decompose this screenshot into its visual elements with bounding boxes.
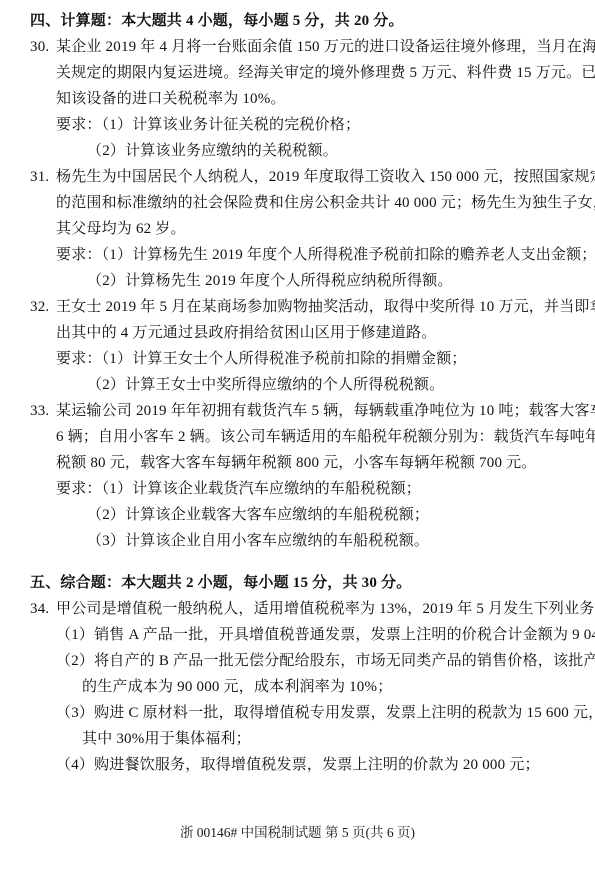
question-text: 某运输公司 2019 年年初拥有载货汽车 5 辆，每辆载重净吨位为 10 吨；载… [56, 403, 595, 419]
requirement-line: （2）计算杨先生 2019 年度个人所得税应纳税所得额。 [30, 268, 569, 294]
question-line: 32.王女士 2019 年 5 月在某商场参加购物抽奖活动，取得中奖所得 10 … [30, 294, 569, 320]
requirement-line: （2）计算该企业载客大客车应缴纳的车船税税额； [30, 502, 569, 528]
sub-item-line: （2）将自产的 B 产品一批无偿分配给股东，市场无同类产品的销售价格，该批产品 [30, 648, 569, 674]
section-header: 五、综合题：本大题共 2 小题，每小题 15 分，共 30 分。 [30, 570, 569, 596]
question-line: 30.某企业 2019 年 4 月将一台账面余值 150 万元的进口设备运往境外… [30, 34, 569, 60]
question-line: 其父母均为 62 岁。 [30, 216, 569, 242]
sub-item-line: （4）购进餐饮服务，取得增值税发票，发票上注明的价款为 20 000 元； [30, 752, 569, 778]
sub-item-line: 其中 30%用于集体福利； [30, 726, 569, 752]
page-footer: 浙 00146# 中国税制试题 第 5 页(共 6 页) [0, 824, 595, 842]
question-33: 33.某运输公司 2019 年年初拥有载货汽车 5 辆，每辆载重净吨位为 10 … [30, 398, 569, 554]
question-34: 34.甲公司是增值税一般纳税人，适用增值税税率为 13%，2019 年 5 月发… [30, 596, 569, 778]
question-text: 某企业 2019 年 4 月将一台账面余值 150 万元的进口设备运往境外修理，… [56, 39, 595, 55]
question-line: 34.甲公司是增值税一般纳税人，适用增值税税率为 13%，2019 年 5 月发… [30, 596, 569, 622]
question-line: 税额 80 元，载客大客车每辆年税额 800 元，小客车每辆年税额 700 元。 [30, 450, 569, 476]
requirement-line: 要求：（1）计算王女士个人所得税准予税前扣除的捐赠金额； [30, 346, 569, 372]
question-line: 知该设备的进口关税税率为 10%。 [30, 86, 569, 112]
requirement-line: 要求：（1）计算杨先生 2019 年度个人所得税准予税前扣除的赡养老人支出金额； [30, 242, 569, 268]
question-line: 出其中的 4 万元通过县政府捐给贫困山区用于修建道路。 [30, 320, 569, 346]
section-header: 四、计算题：本大题共 4 小题，每小题 5 分，共 20 分。 [30, 8, 569, 34]
sub-item-line: （3）购进 C 原材料一批，取得增值税专用发票，发票上注明的税款为 15 600… [30, 700, 569, 726]
question-number: 33. [30, 398, 56, 424]
question-line: 的范围和标准缴纳的社会保险费和住房公积金共计 40 000 元；杨先生为独生子女… [30, 190, 569, 216]
sub-item-line: （1）销售 A 产品一批，开具增值税普通发票，发票上注明的价税合计金额为 9 0… [30, 622, 569, 648]
section-comprehensive: 五、综合题：本大题共 2 小题，每小题 15 分，共 30 分。 34.甲公司是… [30, 570, 569, 778]
question-line: 31.杨先生为中国居民个人纳税人，2019 年度取得工资收入 150 000 元… [30, 164, 569, 190]
question-text: 王女士 2019 年 5 月在某商场参加购物抽奖活动，取得中奖所得 10 万元，… [56, 299, 595, 315]
exam-page: 四、计算题：本大题共 4 小题，每小题 5 分，共 20 分。 30.某企业 2… [30, 8, 569, 778]
requirement-line: 要求：（1）计算该业务计征关税的完税价格； [30, 112, 569, 138]
question-30: 30.某企业 2019 年 4 月将一台账面余值 150 万元的进口设备运往境外… [30, 34, 569, 164]
question-text: 杨先生为中国居民个人纳税人，2019 年度取得工资收入 150 000 元，按照… [56, 169, 595, 185]
sub-item-line: 的生产成本为 90 000 元，成本利润率为 10%； [30, 674, 569, 700]
requirement-line: （2）计算王女士中奖所得应缴纳的个人所得税税额。 [30, 372, 569, 398]
requirement-line: （3）计算该企业自用小客车应缴纳的车船税税额。 [30, 528, 569, 554]
question-32: 32.王女士 2019 年 5 月在某商场参加购物抽奖活动，取得中奖所得 10 … [30, 294, 569, 398]
question-number: 34. [30, 596, 56, 622]
question-line: 关规定的期限内复运进境。经海关审定的境外修理费 5 万元、料件费 15 万元。已 [30, 60, 569, 86]
question-number: 32. [30, 294, 56, 320]
question-line: 6 辆；自用小客车 2 辆。该公司车辆适用的车船税年税额分别为：载货汽车每吨年 [30, 424, 569, 450]
question-number: 31. [30, 164, 56, 190]
requirement-line: 要求：（1）计算该企业载货汽车应缴纳的车船税税额； [30, 476, 569, 502]
question-line: 33.某运输公司 2019 年年初拥有载货汽车 5 辆，每辆载重净吨位为 10 … [30, 398, 569, 424]
requirement-line: （2）计算该业务应缴纳的关税税额。 [30, 138, 569, 164]
question-text: 甲公司是增值税一般纳税人，适用增值税税率为 13%，2019 年 5 月发生下列… [56, 601, 595, 617]
section-calculation: 四、计算题：本大题共 4 小题，每小题 5 分，共 20 分。 30.某企业 2… [30, 8, 569, 554]
question-number: 30. [30, 34, 56, 60]
question-31: 31.杨先生为中国居民个人纳税人，2019 年度取得工资收入 150 000 元… [30, 164, 569, 294]
